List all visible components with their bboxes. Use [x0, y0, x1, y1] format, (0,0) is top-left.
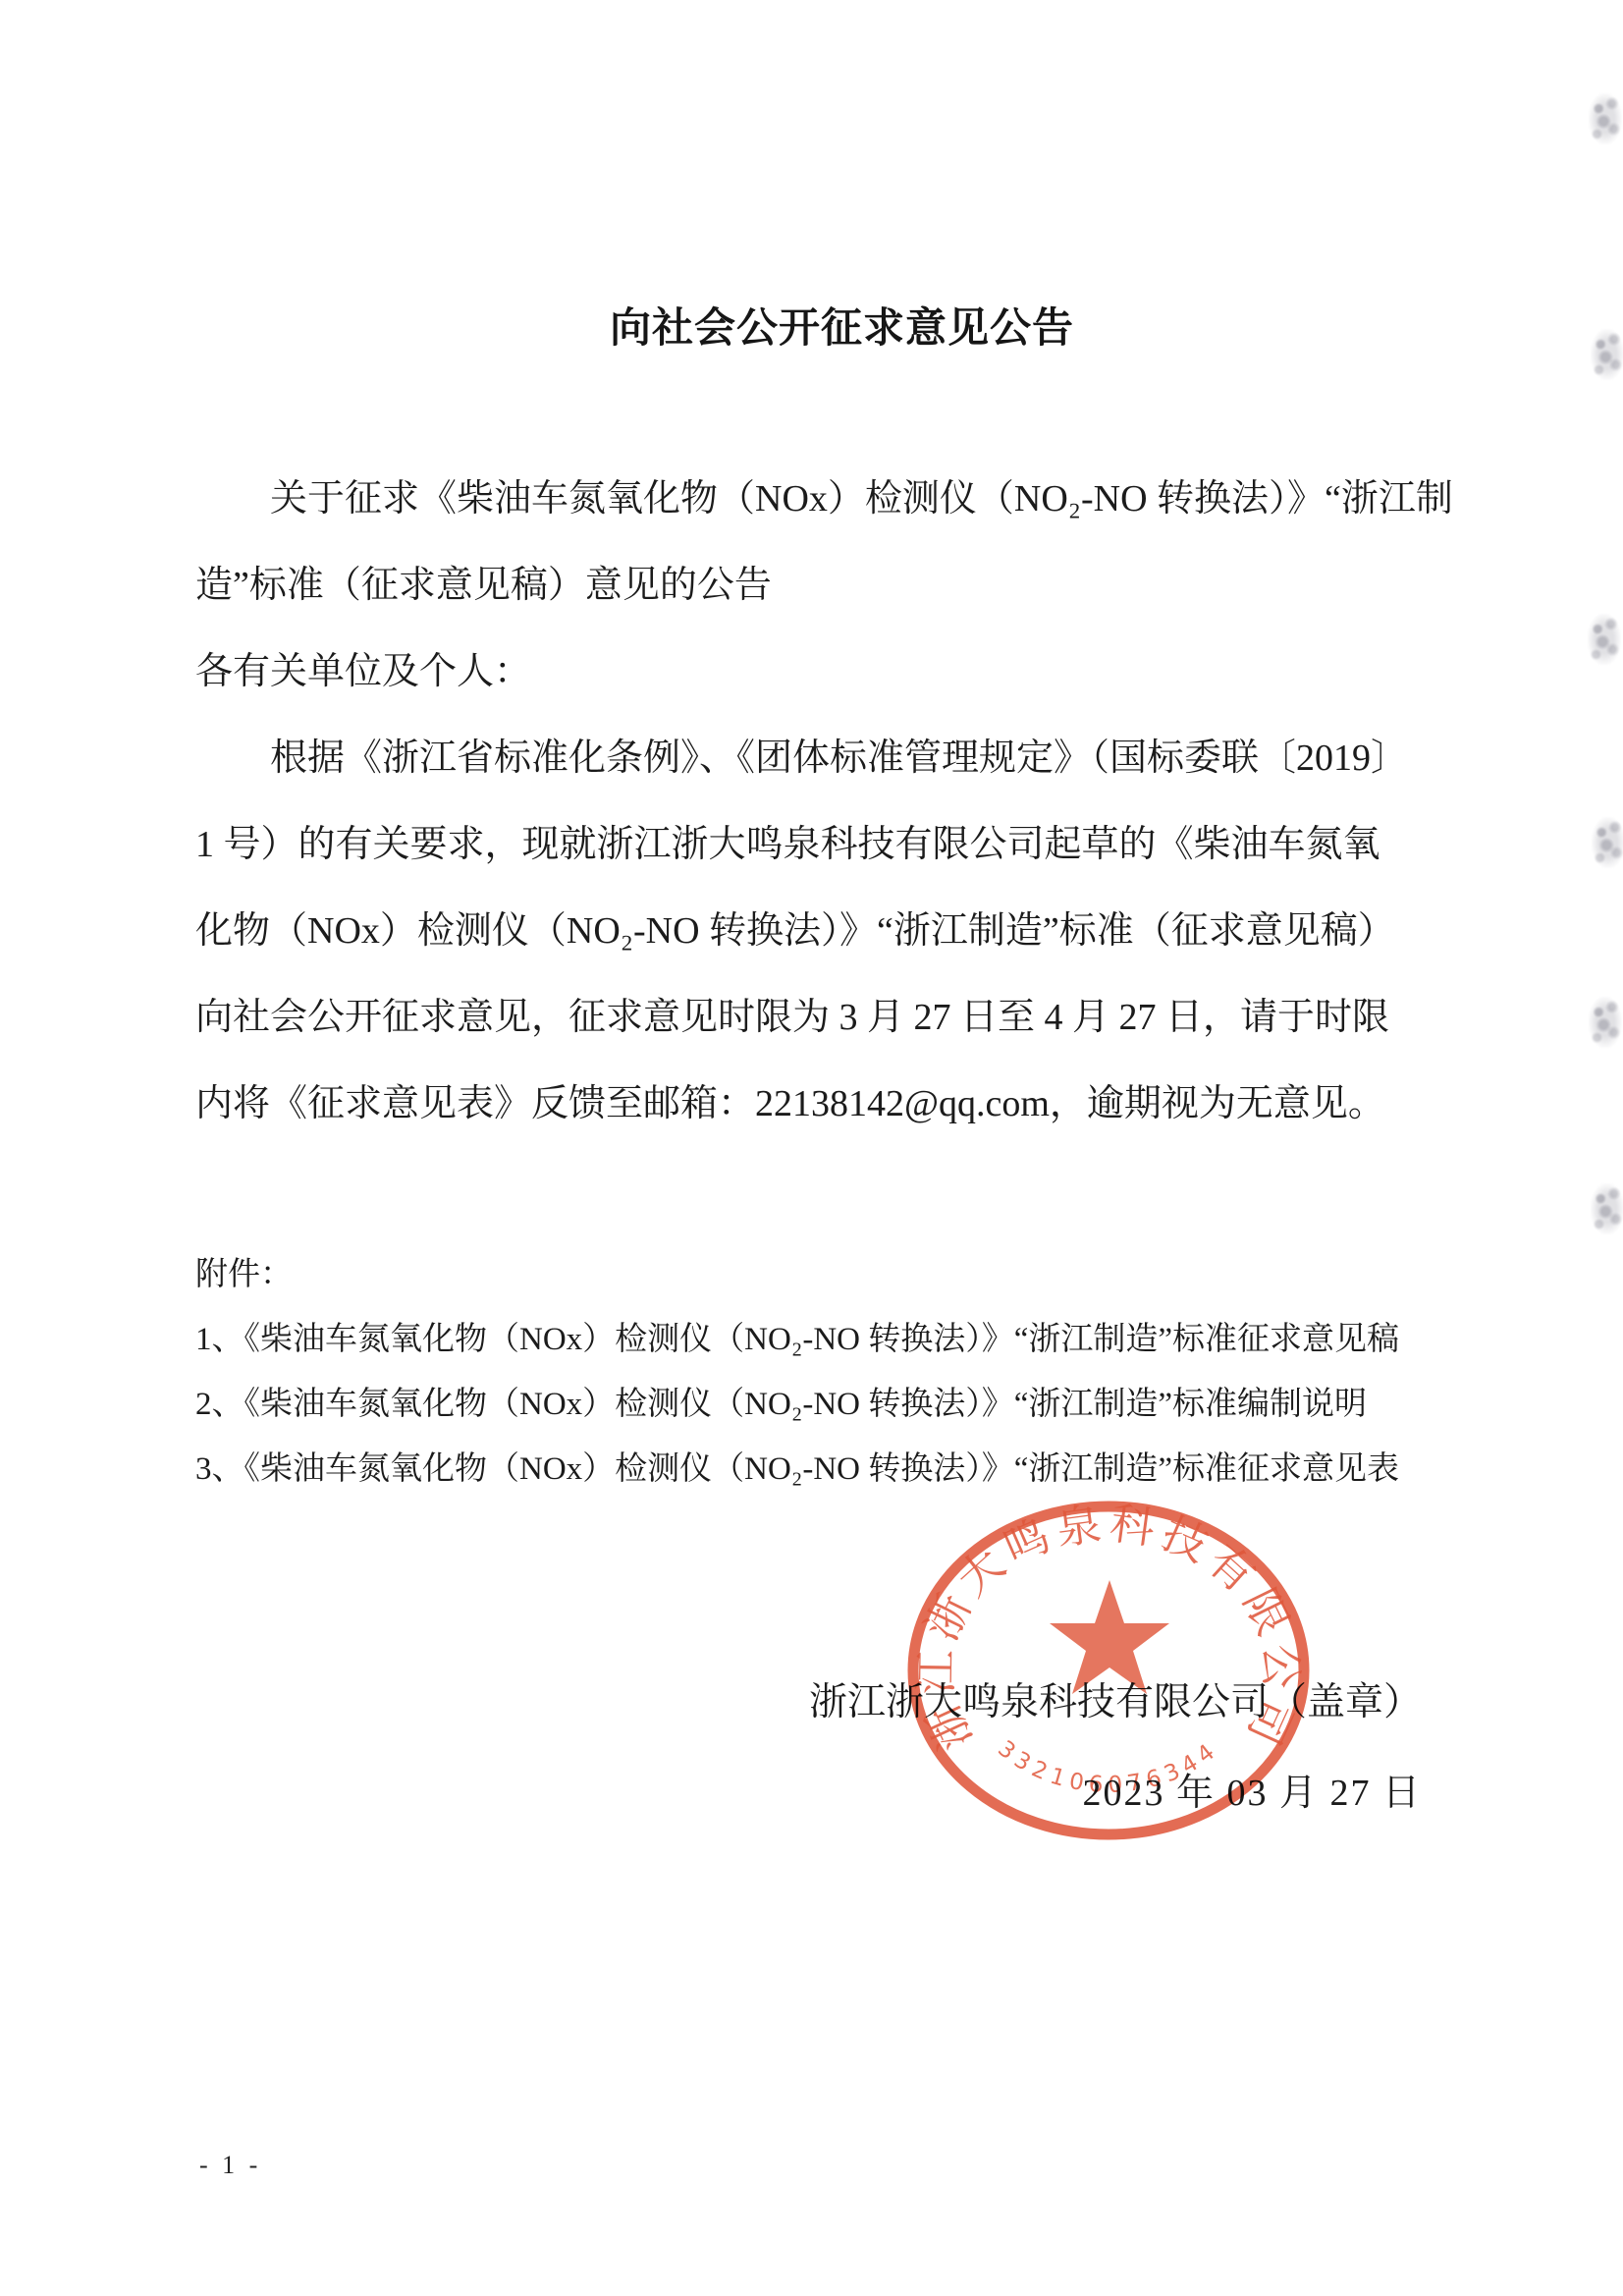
attachment-item: 2、《柴油车氮氧化物（NOx）检测仪（NO₂-NO 转换法）》“浙江制造”标准编… [195, 1372, 1472, 1437]
scan-artifact [1591, 329, 1623, 380]
body-line: 关于征求《柴油车氮氧化物（NOx）检测仪（NO₂-NO 转换法）》“浙江制 [195, 456, 1433, 542]
seal-code: 332106076344 [993, 1736, 1224, 1798]
attachment-item: 1、《柴油车氮氧化物（NOx）检测仪（NO₂-NO 转换法）》“浙江制造”标准征… [195, 1307, 1472, 1372]
scan-artifact [1589, 93, 1622, 144]
body-line-salutation: 各有关单位及个人： [195, 629, 1433, 715]
company-seal-stamp: 浙江浙大鸣泉科技有限公司 332106076344 [895, 1493, 1322, 1848]
body-line: 化物（NOx）检测仪（NO₂-NO 转换法）》“浙江制造”标准（征求意见稿） [195, 888, 1433, 974]
body-line-email: 内将《征求意见表》反馈至邮箱：22138142@qq.com，逾期视为无意见。 [195, 1061, 1433, 1147]
seal-star-icon [1050, 1580, 1169, 1694]
page-title: 向社会公开征求意见公告 [0, 302, 1623, 354]
attachments-section: 附件： 1、《柴油车氮氧化物（NOx）检测仪（NO₂-NO 转换法）》“浙江制造… [195, 1242, 1472, 1502]
body-line: 造”标准（征求意见稿）意见的公告 [195, 542, 1433, 629]
body-line: 向社会公开征求意见，征求意见时限为 3 月 27 日至 4 月 27 日，请于时… [195, 974, 1433, 1061]
page-number: - 1 - [199, 2151, 261, 2180]
scan-artifact [1589, 997, 1622, 1048]
body-line: 1 号）的有关要求，现就浙江浙大鸣泉科技有限公司起草的《柴油车氮氧 [195, 801, 1433, 888]
document-page: 向社会公开征求意见公告 关于征求《柴油车氮氧化物（NOx）检测仪（NO₂-NO … [0, 0, 1623, 2296]
body-line: 根据《浙江省标准化条例》、《团体标准管理规定》（国标委联〔2019〕 [195, 715, 1433, 801]
seal-code-wrap: 332106076344 [993, 1736, 1224, 1798]
announcement-body: 关于征求《柴油车氮氧化物（NOx）检测仪（NO₂-NO 转换法）》“浙江制 造”… [195, 456, 1433, 1147]
attachments-label: 附件： [195, 1242, 1472, 1307]
scan-artifact [1591, 1183, 1623, 1234]
scan-artifact [1588, 614, 1621, 665]
scan-artifact [1592, 817, 1623, 868]
